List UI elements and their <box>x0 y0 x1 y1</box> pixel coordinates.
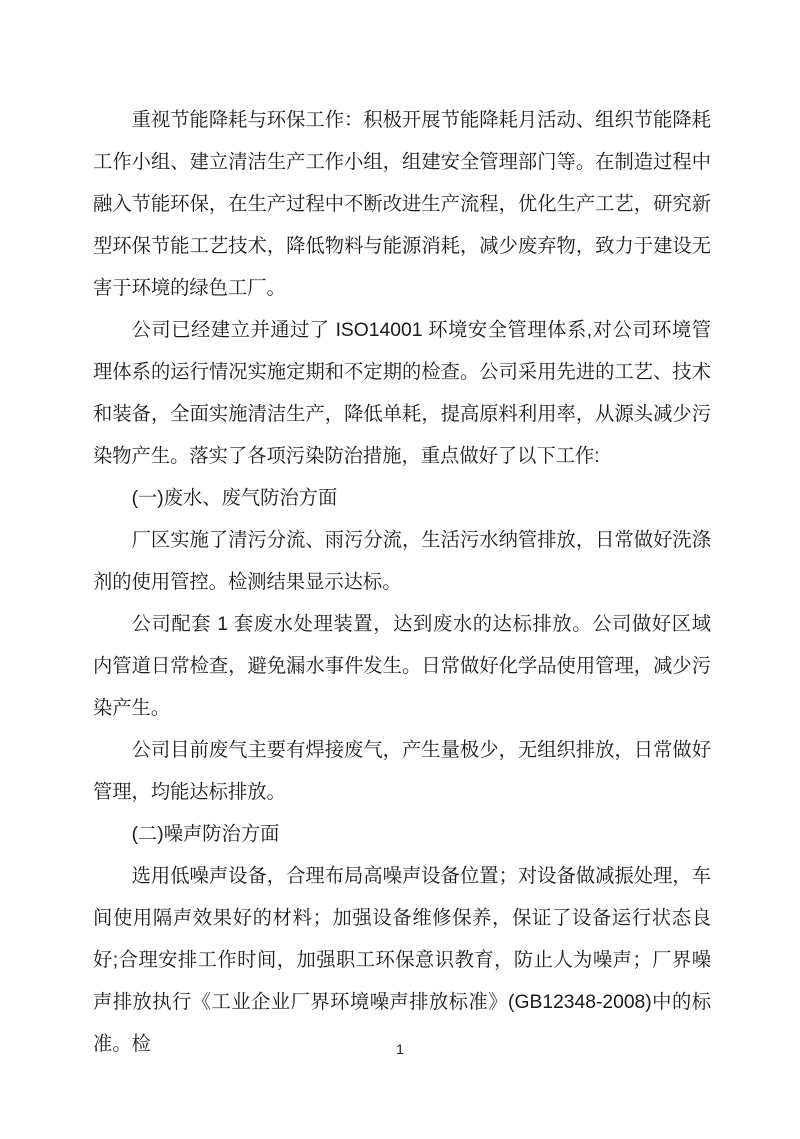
document-page: 重视节能降耗与环保工作：积极开展节能降耗月活动、组织节能降耗工作小组、建立清洁生… <box>0 0 800 1139</box>
paragraph-waste-gas: 公司目前废气主要有焊接废气，产生量极少，无组织排放，日常做好管理，均能达标排放。 <box>93 730 711 814</box>
section-heading-noise: (二)噪声防治方面 <box>93 814 711 856</box>
paragraph-energy-saving-overview: 重视节能降耗与环保工作：积极开展节能降耗月活动、组织节能降耗工作小组、建立清洁生… <box>93 100 711 310</box>
section-heading-wastewater-gas: (一)废水、废气防治方面 <box>93 478 711 520</box>
paragraph-iso14001-system: 公司已经建立并通过了 ISO14001 环境安全管理体系,对公司环境管理体系的运… <box>93 310 711 478</box>
paragraph-wastewater-treatment: 公司配套 1 套废水处理装置，达到废水的达标排放。公司做好区域内管道日常检查，避… <box>93 604 711 730</box>
paragraph-noise-control: 选用低噪声设备，合理布局高噪声设备位置；对设备做减振处理，车间使用隔声效果好的材… <box>93 856 711 1066</box>
paragraph-drainage-measures: 厂区实施了清污分流、雨污分流，生活污水纳管排放，日常做好洗涤剂的使用管控。检测结… <box>93 520 711 604</box>
document-body: 重视节能降耗与环保工作：积极开展节能降耗月活动、组织节能降耗工作小组、建立清洁生… <box>93 100 711 1066</box>
page-number: 1 <box>0 1040 800 1058</box>
